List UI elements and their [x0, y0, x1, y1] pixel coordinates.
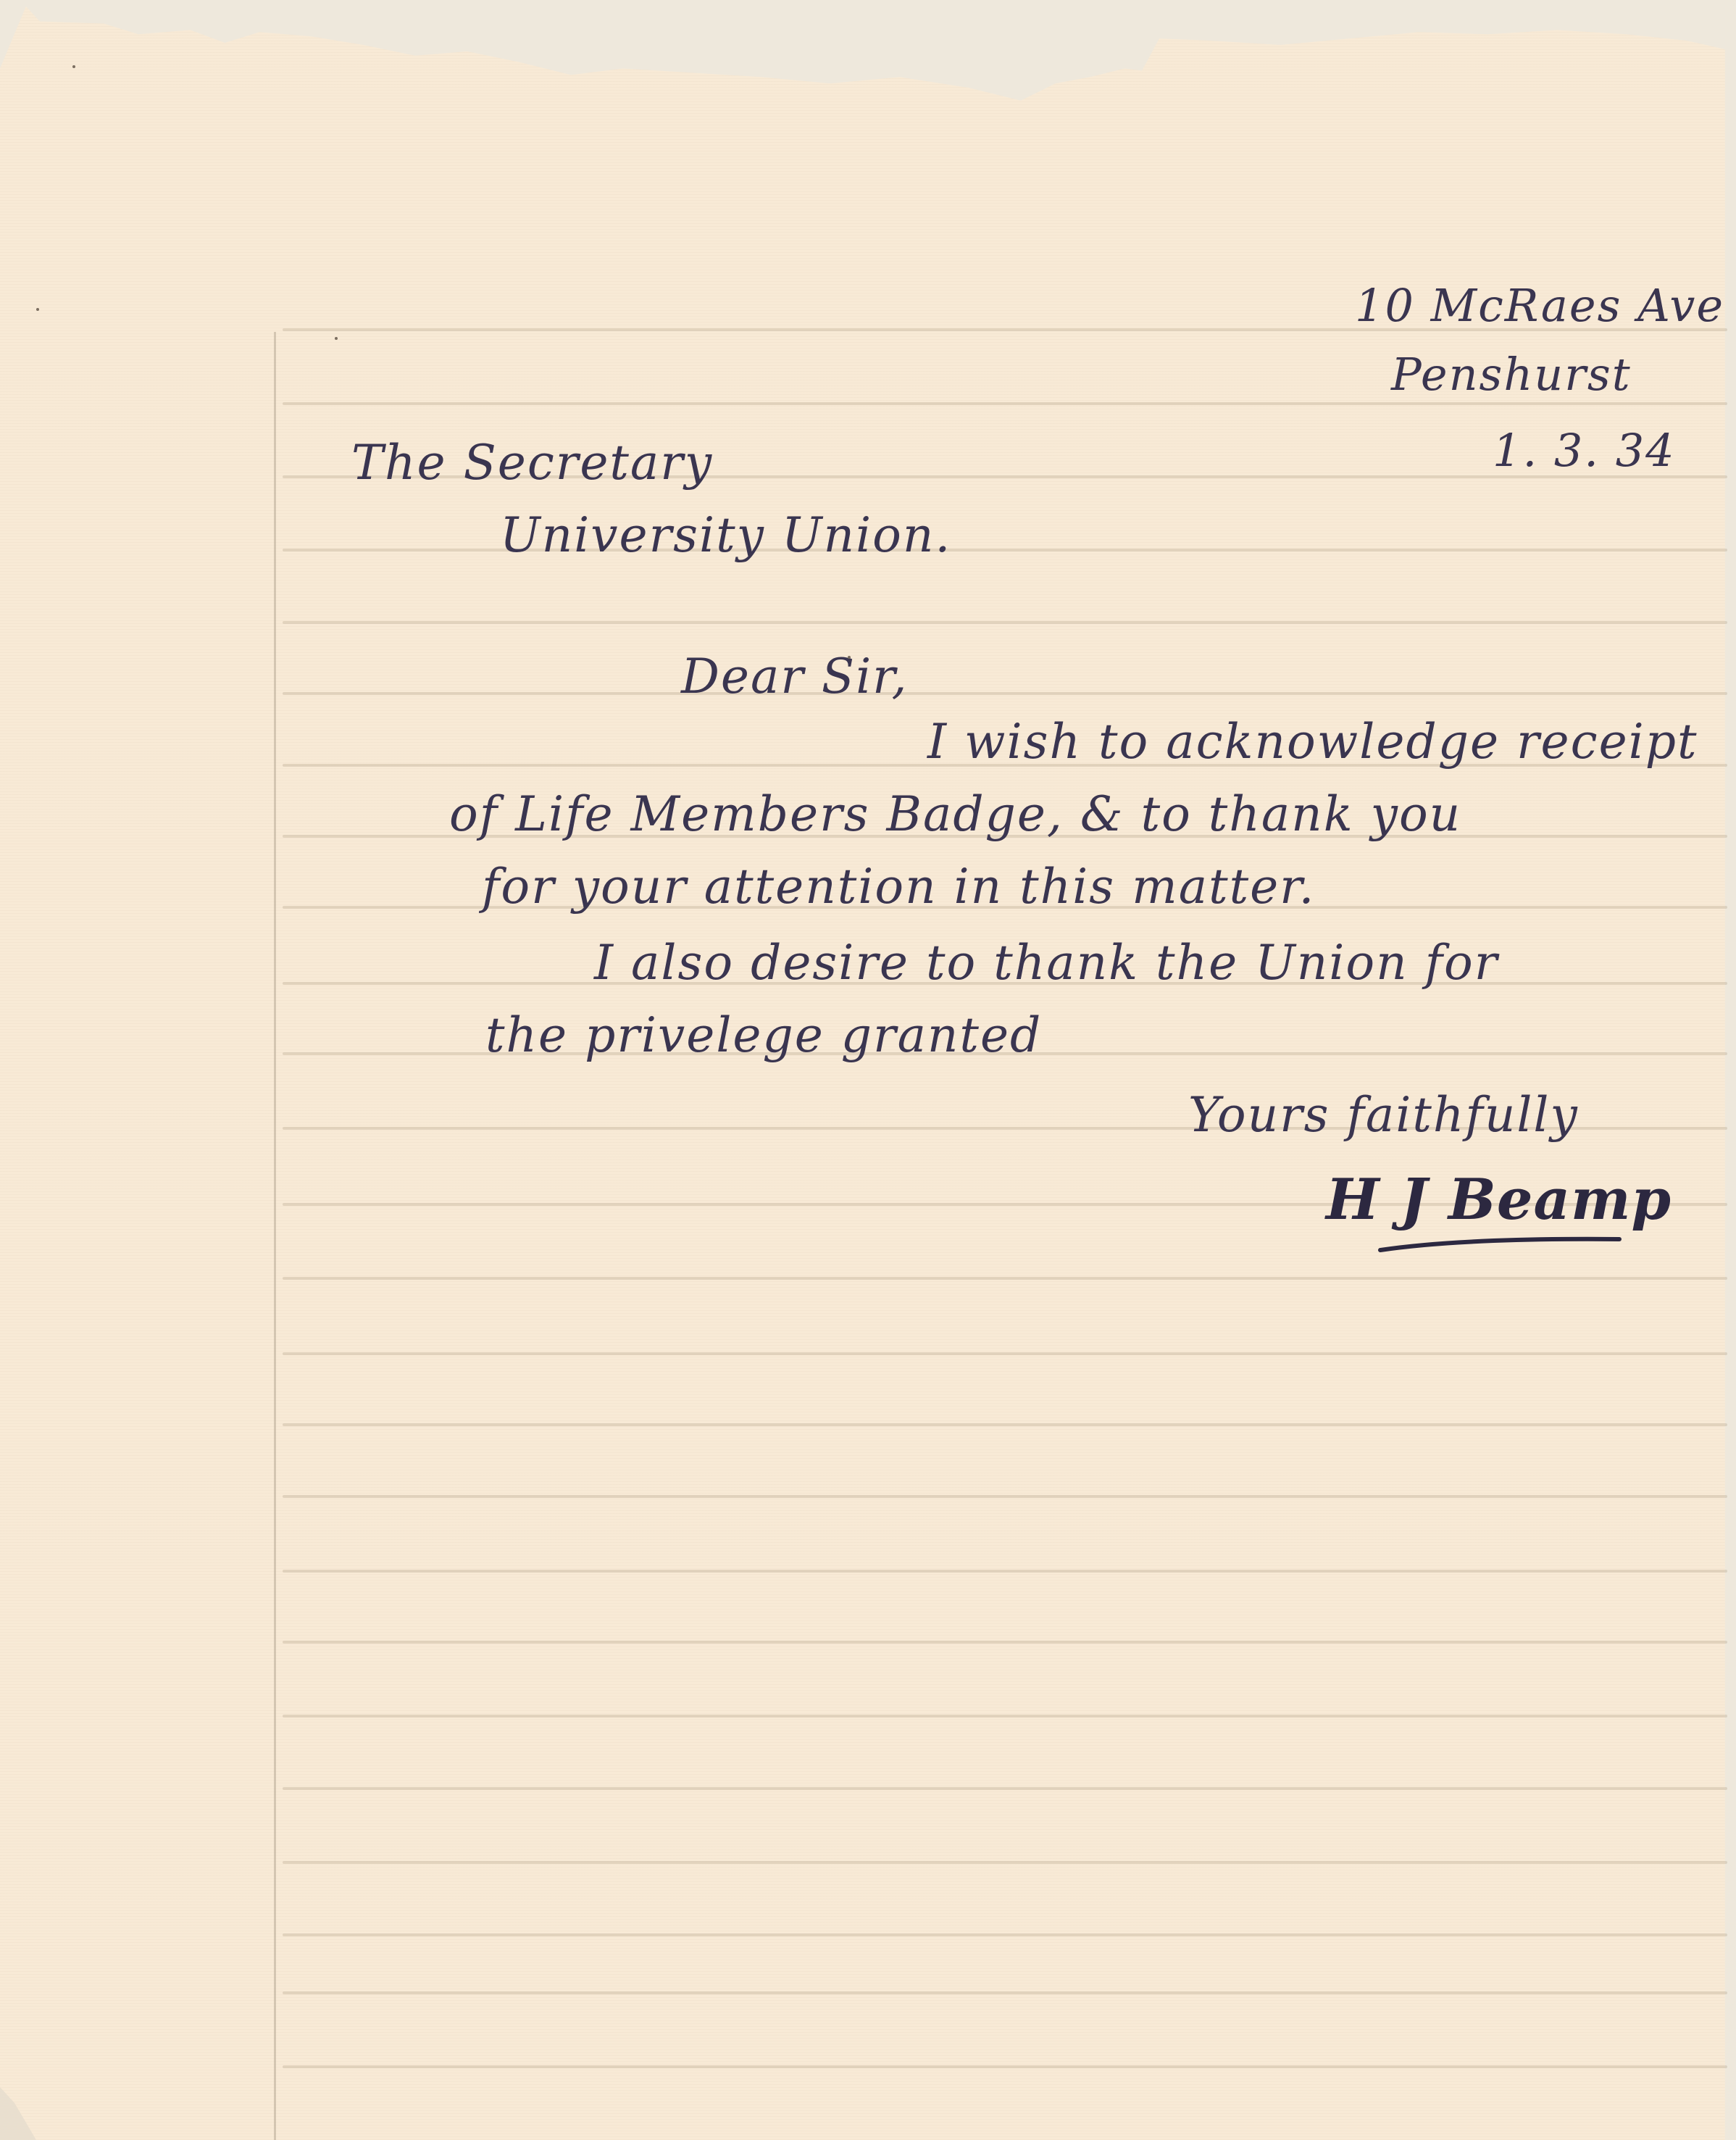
ruled-line: [283, 621, 1727, 624]
ruled-line: [283, 1352, 1727, 1355]
paper-speck: [36, 308, 39, 311]
ruled-line: [283, 2065, 1727, 2068]
body-line-5: the privelege granted: [485, 1007, 1042, 1063]
body-line-4: I also desire to thank the Union for: [594, 935, 1498, 991]
letter-date: 1. 3. 34: [1493, 424, 1676, 477]
closing: Yours faithfully: [1188, 1087, 1579, 1143]
body-line-3: for your attention in this matter.: [482, 859, 1315, 915]
ruled-line: [283, 1861, 1727, 1864]
ruled-line: [283, 1641, 1727, 1644]
signature: H J Beamp: [1326, 1167, 1672, 1233]
address-suburb: Penshurst: [1391, 348, 1632, 401]
ruled-line: [283, 402, 1727, 405]
ruled-line: [283, 1991, 1727, 1994]
ruled-line: [283, 1423, 1727, 1426]
ruled-line: [283, 1933, 1727, 1936]
paper-speck: [848, 656, 851, 659]
recipient-organization: University Union.: [500, 507, 951, 563]
body-line-1: I wish to acknowledge receipt: [927, 714, 1698, 770]
salutation: Dear Sir,: [681, 649, 908, 704]
ruled-line: [283, 1495, 1727, 1498]
recipient-title: The Secretary: [351, 435, 713, 491]
body-line-2: of Life Members Badge, & to thank you: [449, 786, 1461, 842]
paper-speck: [335, 337, 338, 340]
ruled-line: [283, 1787, 1727, 1790]
ruled-line: [283, 1277, 1727, 1280]
left-margin-line: [274, 332, 276, 2140]
address-street: 10 McRaes Ave: [1355, 279, 1724, 332]
paper-speck: [72, 65, 75, 68]
ruled-line: [283, 1715, 1727, 1718]
ruled-line: [283, 692, 1727, 695]
signature-underline: [1377, 1232, 1623, 1254]
ruled-line: [283, 1570, 1727, 1573]
